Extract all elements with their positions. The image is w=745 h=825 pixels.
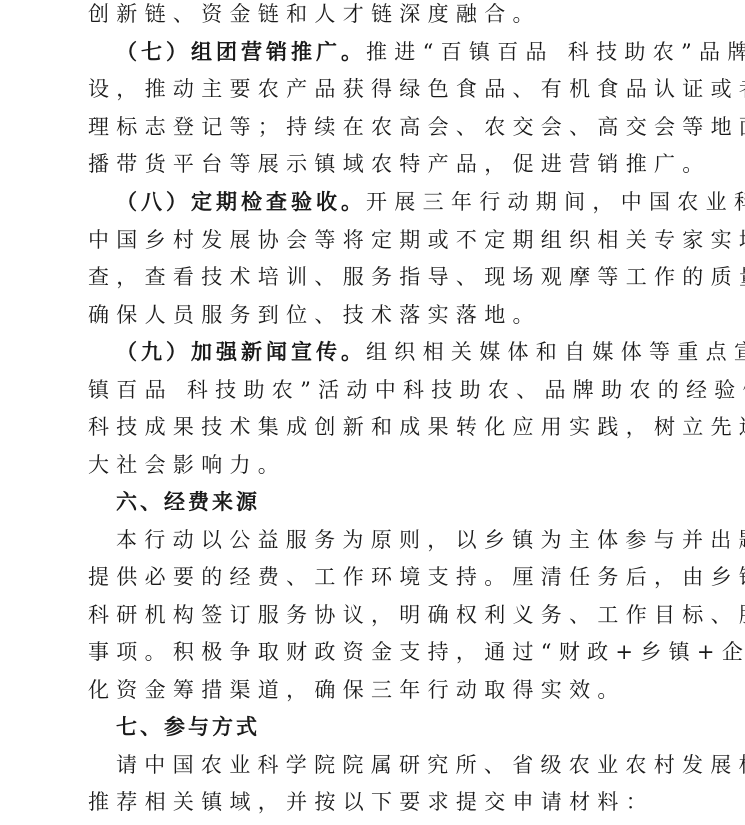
body-line: 播带货平台等展示镇域农特产品，促进营销推广。 [88, 150, 663, 178]
document-page: 创新链、资金链和人才链深度融合。 （七）组团营销推广。推进“百镇百品 科技助农”… [0, 0, 745, 825]
body-line: 理标志登记等；持续在农高会、农交会、高交会等地面展会和直 [88, 113, 663, 141]
section-9-title: （九）加强新闻宣传。 [116, 339, 366, 364]
body-line: 大社会影响力。 [88, 451, 663, 479]
body-line: 本行动以公益服务为原则，以乡镇为主体参与并出题出资， [116, 526, 663, 554]
body-line: 事项。积极争取财政资金支持，通过“财政+乡镇+企业”等多元 [88, 638, 663, 666]
body-line: 科技成果技术集成创新和成果转化应用实践，树立先进典型，扩 [88, 413, 663, 441]
section-8-title: （八）定期检查验收。 [116, 189, 366, 214]
section-9-lead: （九）加强新闻宣传。组织相关媒体和自媒体等重点宣传“百 [116, 338, 663, 366]
section-7-title: （七）组团营销推广。 [116, 39, 366, 64]
body-line: 中国乡村发展协会等将定期或不定期组织相关专家实地调研检 [88, 226, 663, 254]
body-line: 推荐相关镇域，并按以下要求提交申请材料： [88, 788, 663, 816]
heading-participation: 七、参与方式 [116, 713, 663, 741]
body-line: 科研机构签订服务协议，明确权利义务、工作目标、服务内容等 [88, 601, 663, 629]
body-line: 设，推动主要农产品获得绿色食品、有机食品认证或者农产品地 [88, 75, 663, 103]
body-line: 请中国农业科学院院属研究所、省级农业农村发展相关协会 [116, 751, 663, 779]
body-line: 提供必要的经费、工作环境支持。厘清任务后，由乡镇或企业与 [88, 563, 663, 591]
body-line: 确保人员服务到位、技术落实落地。 [88, 301, 663, 329]
body-line: 镇百品 科技助农”活动中科技助农、品牌助农的经验做法。宣传 [88, 376, 663, 404]
body-line: 化资金筹措渠道，确保三年行动取得实效。 [88, 676, 663, 704]
body-line: 创新链、资金链和人才链深度融合。 [88, 0, 663, 28]
section-8-lead: （八）定期检查验收。开展三年行动期间，中国农业科学院、 [116, 188, 663, 216]
heading-funding-source: 六、经费来源 [116, 488, 663, 516]
section-7-lead: （七）组团营销推广。推进“百镇百品 科技助农”品牌建 [116, 38, 663, 66]
body-line: 查，查看技术培训、服务指导、现场观摩等工作的质量和成效， [88, 263, 663, 291]
